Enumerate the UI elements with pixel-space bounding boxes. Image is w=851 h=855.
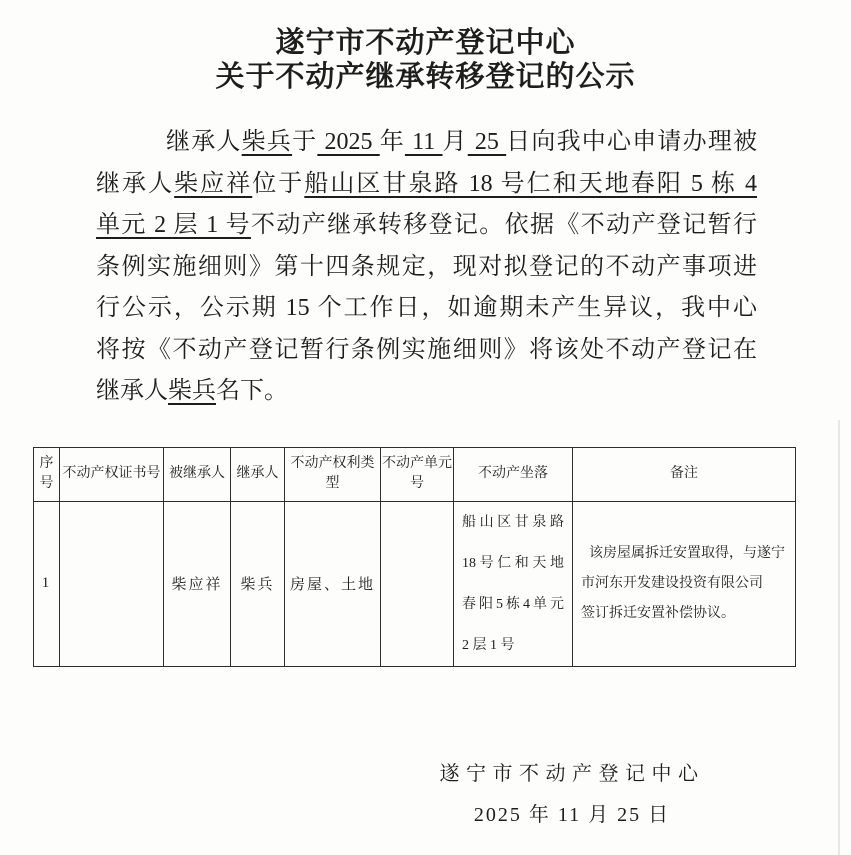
underlined-text: 船山区甘泉路 18 号仁和天地春阳 5 栋 4 <box>304 171 757 197</box>
cell-remarks: 该房屋属拆迁安置取得，与遂宁市河东开发建设投资有限公司签订拆迁安置补偿协议。 <box>573 501 796 666</box>
cell-location: 船山区甘泉路18号仁和天地春阳5栋4单元2 层 1 号 <box>454 501 573 666</box>
underlined-text: 柴兵 <box>168 378 216 404</box>
remarks-line: 签订拆迁安置补偿协议。 <box>581 599 789 629</box>
underlined-text: 柴应祥 <box>174 171 252 197</box>
body-text: 名下。 <box>216 378 288 404</box>
cell-heir: 柴兵 <box>231 501 285 666</box>
body-line: 单元 2 层 1 号不动产继承转移登记。依据《不动产登记暂行 <box>96 205 757 247</box>
scan-edge-artifact <box>838 420 840 855</box>
col-header-unit-no: 不动产单元号 <box>381 447 454 501</box>
body-text: 月 <box>443 129 468 155</box>
body-text: 条例实施细则》第十四条规定，现对拟登记的不动产事项进 <box>96 254 757 280</box>
signature-block: 遂宁市不动产登记中心 2025 年 11 月 25 日 <box>372 763 772 826</box>
underlined-text: 柴兵 <box>242 129 292 155</box>
col-header-heir: 继承人 <box>231 447 285 501</box>
body-text: 日向我中心申请办理被 <box>506 129 757 155</box>
col-header-remarks: 备注 <box>573 447 796 501</box>
body-text: 继承人 <box>96 171 174 197</box>
remarks-line: 市河东开发建设投资有限公司 <box>581 569 789 599</box>
col-header-decedent: 被继承人 <box>164 447 231 501</box>
col-header-right-type: 不动产权利类型 <box>285 447 381 501</box>
signature-org: 遂宁市不动产登记中心 <box>372 763 772 785</box>
cell-seq: 1 <box>34 501 60 666</box>
underlined-text: 2025 <box>317 129 379 155</box>
body-line: 继承人柴兵于 2025 年 11 月 25 日向我中心申请办理被 <box>96 122 757 164</box>
remarks-line: 该房屋属拆迁安置取得，与遂宁 <box>581 539 789 569</box>
location-line: 2 层 1 号 <box>462 625 564 666</box>
underlined-text: 25 <box>468 129 506 155</box>
document-title-line2: 关于不动产继承转移登记的公示 <box>0 60 851 94</box>
table-header-row: 序号不动产权证书号被继承人继承人不动产权利类型不动产单元号不动产坐落备注 <box>34 447 796 501</box>
body-line: 行公示，公示期 15 个工作日，如逾期未产生异议，我中心 <box>96 288 757 330</box>
property-registration-table: 序号不动产权证书号被继承人继承人不动产权利类型不动产单元号不动产坐落备注 1柴应… <box>33 447 796 667</box>
body-text: 位于 <box>252 171 304 197</box>
body-text: 继承人 <box>166 129 242 155</box>
location-line: 春阳5栋4单元 <box>462 584 564 625</box>
underlined-text: 单元 2 层 1 号 <box>96 212 251 238</box>
table-row: 1柴应祥柴兵房屋、土地船山区甘泉路18号仁和天地春阳5栋4单元2 层 1 号该房… <box>34 501 796 666</box>
body-text: 行公示，公示期 15 个工作日，如逾期未产生异议，我中心 <box>96 295 757 321</box>
body-text: 继承人 <box>96 378 168 404</box>
cell-right-type: 房屋、土地 <box>285 501 381 666</box>
notice-body-paragraph: 继承人柴兵于 2025 年 11 月 25 日向我中心申请办理被继承人柴应祥位于… <box>96 122 757 413</box>
body-text: 将按《不动产登记暂行条例实施细则》将该处不动产登记在 <box>96 337 757 363</box>
underlined-text: 11 <box>405 129 443 155</box>
body-line: 将按《不动产登记暂行条例实施细则》将该处不动产登记在 <box>96 330 757 372</box>
location-line: 船山区甘泉路 <box>462 502 564 543</box>
location-line: 18号仁和天地 <box>462 543 564 584</box>
document-page: 遂宁市不动产登记中心 关于不动产继承转移登记的公示 继承人柴兵于 2025 年 … <box>0 0 851 855</box>
body-text: 年 <box>380 129 405 155</box>
cell-unit-no <box>381 501 454 666</box>
signature-date: 2025 年 11 月 25 日 <box>372 804 772 826</box>
col-header-location: 不动产坐落 <box>454 447 573 501</box>
cell-cert-no <box>60 501 164 666</box>
document-title: 遂宁市不动产登记中心 关于不动产继承转移登记的公示 <box>0 26 851 94</box>
document-title-line1: 遂宁市不动产登记中心 <box>0 26 851 60</box>
body-text: 于 <box>292 129 317 155</box>
col-header-cert-no: 不动产权证书号 <box>60 447 164 501</box>
col-header-seq: 序号 <box>34 447 60 501</box>
body-line: 条例实施细则》第十四条规定，现对拟登记的不动产事项进 <box>96 247 757 289</box>
cell-decedent: 柴应祥 <box>164 501 231 666</box>
body-line: 继承人柴兵名下。 <box>96 371 757 413</box>
body-line: 继承人柴应祥位于船山区甘泉路 18 号仁和天地春阳 5 栋 4 <box>96 164 757 206</box>
body-text: 不动产继承转移登记。依据《不动产登记暂行 <box>251 212 757 238</box>
table-body: 1柴应祥柴兵房屋、土地船山区甘泉路18号仁和天地春阳5栋4单元2 层 1 号该房… <box>34 501 796 666</box>
